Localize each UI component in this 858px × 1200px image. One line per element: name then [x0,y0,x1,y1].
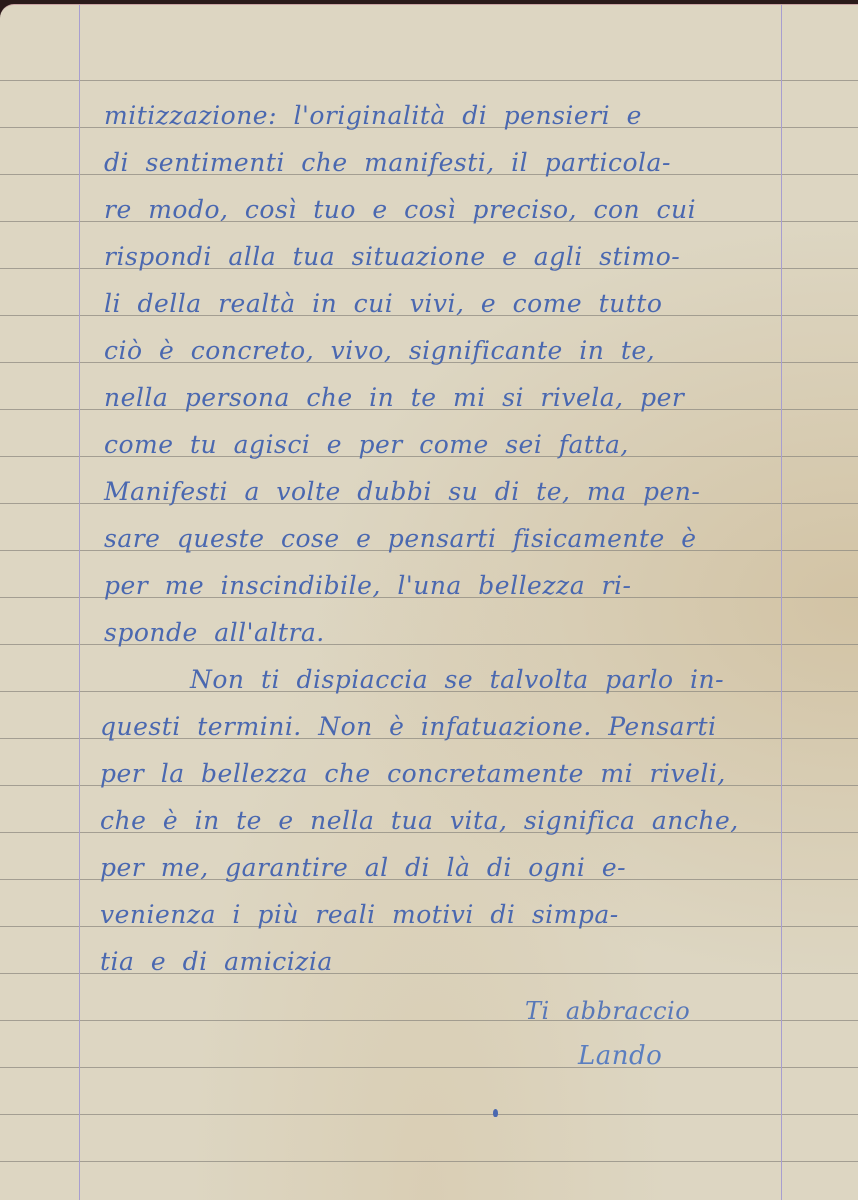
letter-line: per me, garantire al di là di ogni e- [100,853,626,882]
paragraph-start-line: Non ti dispiaccia se talvolta parlo in- [190,665,724,694]
ink-blot [493,1109,498,1117]
right-margin-line [781,5,782,1200]
letter-line: questi termini. Non è infatuazione. Pens… [100,712,717,741]
letter-line: li della realtà in cui vivi, e come tutt… [104,289,662,318]
letter-page: mitizzazione: l'originalità di pensieri … [0,4,858,1200]
letter-line: Manifesti a volte dubbi su di te, ma pen… [104,477,700,506]
letter-line: nella persona che in te mi si rivela, pe… [104,383,684,412]
signature: Lando [578,1041,662,1071]
letter-line: rispondi alla tua situazione e agli stim… [104,242,680,271]
letter-line: che è in te e nella tua vita, significa … [100,806,739,835]
letter-line: di sentimenti che manifesti, il particol… [104,148,671,177]
letter-line: sponde all'altra. [104,618,325,647]
letter-line: come tu agisci e per come sei fatta, [104,430,629,459]
ruled-line [0,80,858,81]
ruled-line [0,1161,858,1162]
left-margin-line [79,5,80,1200]
letter-line: per me inscindibile, l'una bellezza ri- [104,571,631,600]
letter-line: venienza i più reali motivi di simpa- [100,900,619,929]
ruled-line [0,1114,858,1115]
letter-line: tia e di amicizia [100,947,333,976]
letter-line: sare queste cose e pensarti fisicamente … [104,524,697,553]
ruled-line [0,1067,858,1068]
closing-text: Ti abbraccio [525,997,690,1025]
letter-line: per la bellezza che concretamente mi riv… [100,759,726,788]
ruled-line [0,1020,858,1021]
letter-line: re modo, così tuo e così preciso, con cu… [104,195,696,224]
letter-line: ciò è concreto, vivo, significante in te… [104,336,655,365]
letter-line: mitizzazione: l'originalità di pensieri … [104,101,642,130]
